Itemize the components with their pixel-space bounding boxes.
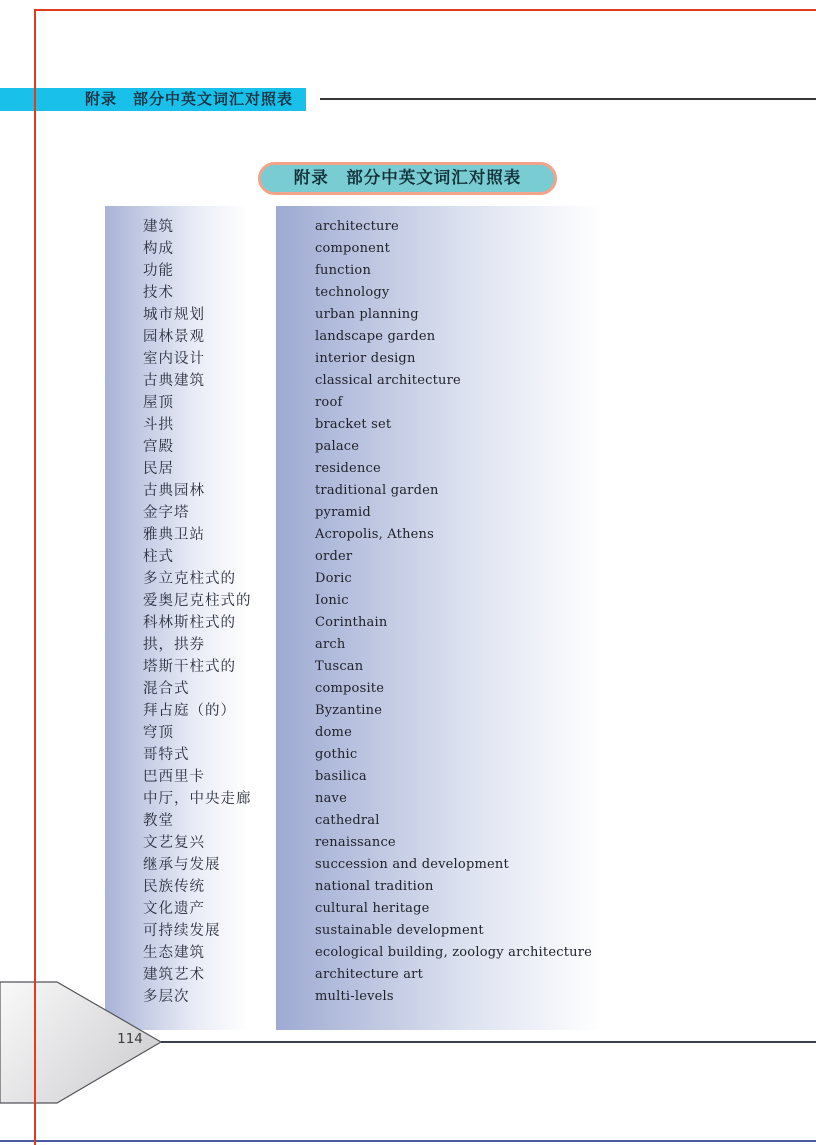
english-term: succession and development bbox=[315, 854, 509, 876]
vocab-row: 技术technology bbox=[0, 282, 816, 304]
english-term: urban planning bbox=[315, 304, 419, 326]
chinese-term: 金字塔 bbox=[143, 502, 190, 524]
english-term: ecological building, zoology architectur… bbox=[315, 942, 592, 964]
vocab-row: 古典园林traditional garden bbox=[0, 480, 816, 502]
english-term: pyramid bbox=[315, 502, 371, 524]
chinese-term: 继承与发展 bbox=[143, 854, 221, 876]
vocab-row: 屋顶roof bbox=[0, 392, 816, 414]
english-term: traditional garden bbox=[315, 480, 439, 502]
vocab-row: 建筑architecture bbox=[0, 216, 816, 238]
vocab-row: 哥特式gothic bbox=[0, 744, 816, 766]
chinese-term: 可持续发展 bbox=[143, 920, 221, 942]
chinese-term: 园林景观 bbox=[143, 326, 205, 348]
english-term: Acropolis, Athens bbox=[315, 524, 434, 546]
chinese-term: 古典园林 bbox=[143, 480, 205, 502]
appendix-title-text: 附录 部分中英文词汇对照表 bbox=[261, 165, 554, 192]
running-header-text: 附录 部分中英文词汇对照表 bbox=[85, 91, 293, 108]
vocab-row: 民居residence bbox=[0, 458, 816, 480]
running-header-bar: 附录 部分中英文词汇对照表 bbox=[0, 88, 306, 111]
vocab-row: 拜占庭（的）Byzantine bbox=[0, 700, 816, 722]
english-term: cultural heritage bbox=[315, 898, 430, 920]
vocab-row: 室内设计interior design bbox=[0, 348, 816, 370]
vocab-row: 金字塔pyramid bbox=[0, 502, 816, 524]
chinese-term: 穹顶 bbox=[143, 722, 174, 744]
english-term: multi-levels bbox=[315, 986, 394, 1008]
english-term: Doric bbox=[315, 568, 352, 590]
english-term: cathedral bbox=[315, 810, 380, 832]
english-term: architecture bbox=[315, 216, 399, 238]
chinese-term: 哥特式 bbox=[143, 744, 190, 766]
chinese-term: 混合式 bbox=[143, 678, 190, 700]
chinese-term: 建筑 bbox=[143, 216, 174, 238]
chinese-term: 古典建筑 bbox=[143, 370, 205, 392]
english-term: national tradition bbox=[315, 876, 434, 898]
vocab-row: 文化遗产cultural heritage bbox=[0, 898, 816, 920]
vocab-row: 可持续发展sustainable development bbox=[0, 920, 816, 942]
chinese-term: 城市规划 bbox=[143, 304, 205, 326]
chinese-term: 生态建筑 bbox=[143, 942, 205, 964]
vocab-row: 古典建筑classical architecture bbox=[0, 370, 816, 392]
english-term: renaissance bbox=[315, 832, 396, 854]
vocab-row: 继承与发展succession and development bbox=[0, 854, 816, 876]
english-term: bracket set bbox=[315, 414, 391, 436]
english-term: component bbox=[315, 238, 390, 260]
chinese-term: 科林斯柱式的 bbox=[143, 612, 236, 634]
english-term: Tuscan bbox=[315, 656, 363, 678]
english-term: architecture art bbox=[315, 964, 423, 986]
vocab-row: 多层次multi-levels bbox=[0, 986, 816, 1008]
english-term: dome bbox=[315, 722, 352, 744]
chinese-term: 屋顶 bbox=[143, 392, 174, 414]
chinese-term: 室内设计 bbox=[143, 348, 205, 370]
chinese-term: 文艺复兴 bbox=[143, 832, 205, 854]
chinese-term: 雅典卫站 bbox=[143, 524, 205, 546]
chinese-term: 宫殿 bbox=[143, 436, 174, 458]
english-term: order bbox=[315, 546, 352, 568]
trim-mark-vertical bbox=[34, 9, 36, 1145]
bottom-trim-rule bbox=[0, 1140, 816, 1142]
english-term: residence bbox=[315, 458, 381, 480]
vocab-row: 构成component bbox=[0, 238, 816, 260]
vocab-row: 拱，拱券arch bbox=[0, 634, 816, 656]
chinese-term: 文化遗产 bbox=[143, 898, 205, 920]
chinese-term: 多层次 bbox=[143, 986, 190, 1008]
header-rule bbox=[320, 98, 816, 100]
vocab-row: 宫殿palace bbox=[0, 436, 816, 458]
vocab-row: 爱奥尼克柱式的Ionic bbox=[0, 590, 816, 612]
chinese-term: 塔斯干柱式的 bbox=[143, 656, 236, 678]
english-term: composite bbox=[315, 678, 384, 700]
vocab-row: 巴西里卡basilica bbox=[0, 766, 816, 788]
chinese-term: 民居 bbox=[143, 458, 174, 480]
chinese-term: 功能 bbox=[143, 260, 174, 282]
trim-mark-horizontal bbox=[34, 9, 816, 11]
chinese-term: 拜占庭（的） bbox=[143, 700, 236, 722]
vocab-row: 功能function bbox=[0, 260, 816, 282]
chinese-term: 技术 bbox=[143, 282, 174, 304]
vocab-row: 科林斯柱式的Corinthain bbox=[0, 612, 816, 634]
vocab-row: 生态建筑ecological building, zoology archite… bbox=[0, 942, 816, 964]
vocab-row: 园林景观landscape garden bbox=[0, 326, 816, 348]
vocab-row: 教堂cathedral bbox=[0, 810, 816, 832]
chinese-term: 建筑艺术 bbox=[143, 964, 205, 986]
english-term: classical architecture bbox=[315, 370, 461, 392]
english-term: sustainable development bbox=[315, 920, 484, 942]
vocab-row: 文艺复兴renaissance bbox=[0, 832, 816, 854]
vocab-row: 雅典卫站Acropolis, Athens bbox=[0, 524, 816, 546]
english-term: function bbox=[315, 260, 371, 282]
english-term: Corinthain bbox=[315, 612, 387, 634]
chinese-term: 中厅，中央走廊 bbox=[143, 788, 252, 810]
english-term: palace bbox=[315, 436, 359, 458]
vocab-row: 穹顶dome bbox=[0, 722, 816, 744]
english-term: Ionic bbox=[315, 590, 349, 612]
english-term: basilica bbox=[315, 766, 367, 788]
vocab-list: 建筑architecture构成component功能function技术tec… bbox=[0, 216, 816, 1008]
footer-rule bbox=[161, 1041, 816, 1043]
english-term: roof bbox=[315, 392, 342, 414]
chinese-term: 巴西里卡 bbox=[143, 766, 205, 788]
english-term: interior design bbox=[315, 348, 416, 370]
vocab-row: 城市规划urban planning bbox=[0, 304, 816, 326]
page-number: 114 bbox=[116, 1031, 144, 1047]
vocab-row: 塔斯干柱式的Tuscan bbox=[0, 656, 816, 678]
english-term: landscape garden bbox=[315, 326, 435, 348]
vocab-row: 中厅，中央走廊nave bbox=[0, 788, 816, 810]
english-term: Byzantine bbox=[315, 700, 382, 722]
chinese-term: 柱式 bbox=[143, 546, 174, 568]
vocab-row: 建筑艺术architecture art bbox=[0, 964, 816, 986]
chinese-term: 爱奥尼克柱式的 bbox=[143, 590, 252, 612]
chinese-term: 构成 bbox=[143, 238, 174, 260]
chinese-term: 多立克柱式的 bbox=[143, 568, 236, 590]
chinese-term: 教堂 bbox=[143, 810, 174, 832]
vocab-row: 柱式order bbox=[0, 546, 816, 568]
chinese-term: 斗拱 bbox=[143, 414, 174, 436]
english-term: nave bbox=[315, 788, 347, 810]
vocab-row: 多立克柱式的Doric bbox=[0, 568, 816, 590]
english-term: technology bbox=[315, 282, 389, 304]
english-term: arch bbox=[315, 634, 345, 656]
chinese-term: 拱，拱券 bbox=[143, 634, 205, 656]
english-term: gothic bbox=[315, 744, 357, 766]
vocab-row: 民族传统national tradition bbox=[0, 876, 816, 898]
vocab-row: 混合式composite bbox=[0, 678, 816, 700]
appendix-title-pill: 附录 部分中英文词汇对照表 bbox=[258, 162, 557, 195]
chinese-term: 民族传统 bbox=[143, 876, 205, 898]
vocab-row: 斗拱bracket set bbox=[0, 414, 816, 436]
textbook-page: 附录 部分中英文词汇对照表 附录 部分中英文词汇对照表 建筑architectu… bbox=[0, 0, 816, 1145]
